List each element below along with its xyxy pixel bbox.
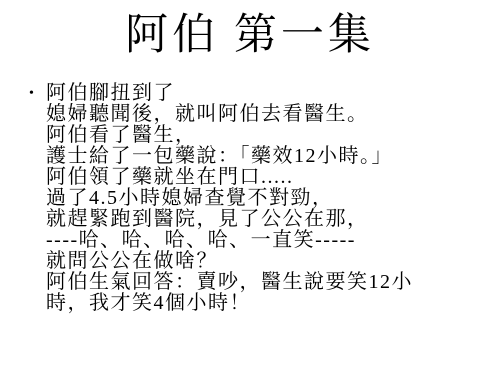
bullet-marker: • <box>29 83 46 104</box>
body-line: ----哈、哈、哈、哈、一直笑----- <box>46 230 492 251</box>
body-line: 阿伯領了藥就坐在門口..... <box>46 167 492 188</box>
body-line: 過了4.5小時媳婦查覺不對勁， <box>46 188 492 209</box>
body-text: 阿伯腳扭到了媳婦聽聞後，就叫阿伯去看醫生。阿伯看了醫生，護士給了一包藥說：「藥效… <box>46 83 492 314</box>
body-line: 就趕緊跑到醫院，見了公公在那， <box>46 209 492 230</box>
slide-body: • 阿伯腳扭到了媳婦聽聞後，就叫阿伯去看醫生。阿伯看了醫生，護士給了一包藥說：「… <box>0 83 500 314</box>
slide-title: 阿伯 第一集 <box>0 0 500 59</box>
body-line: 阿伯生氣回答：賣吵，醫生說要笑12小 <box>46 272 492 293</box>
presentation-slide: 阿伯 第一集 • 阿伯腳扭到了媳婦聽聞後，就叫阿伯去看醫生。阿伯看了醫生，護士給… <box>0 0 500 373</box>
body-line: 阿伯看了醫生， <box>46 125 492 146</box>
body-line: 護士給了一包藥說：「藥效12小時。」 <box>46 146 492 167</box>
body-line: 就問公公在做啥？ <box>46 251 492 272</box>
body-line: 時，我才笑4個小時！ <box>46 293 492 314</box>
body-line: 阿伯腳扭到了 <box>46 83 492 104</box>
body-line: 媳婦聽聞後，就叫阿伯去看醫生。 <box>46 104 492 125</box>
